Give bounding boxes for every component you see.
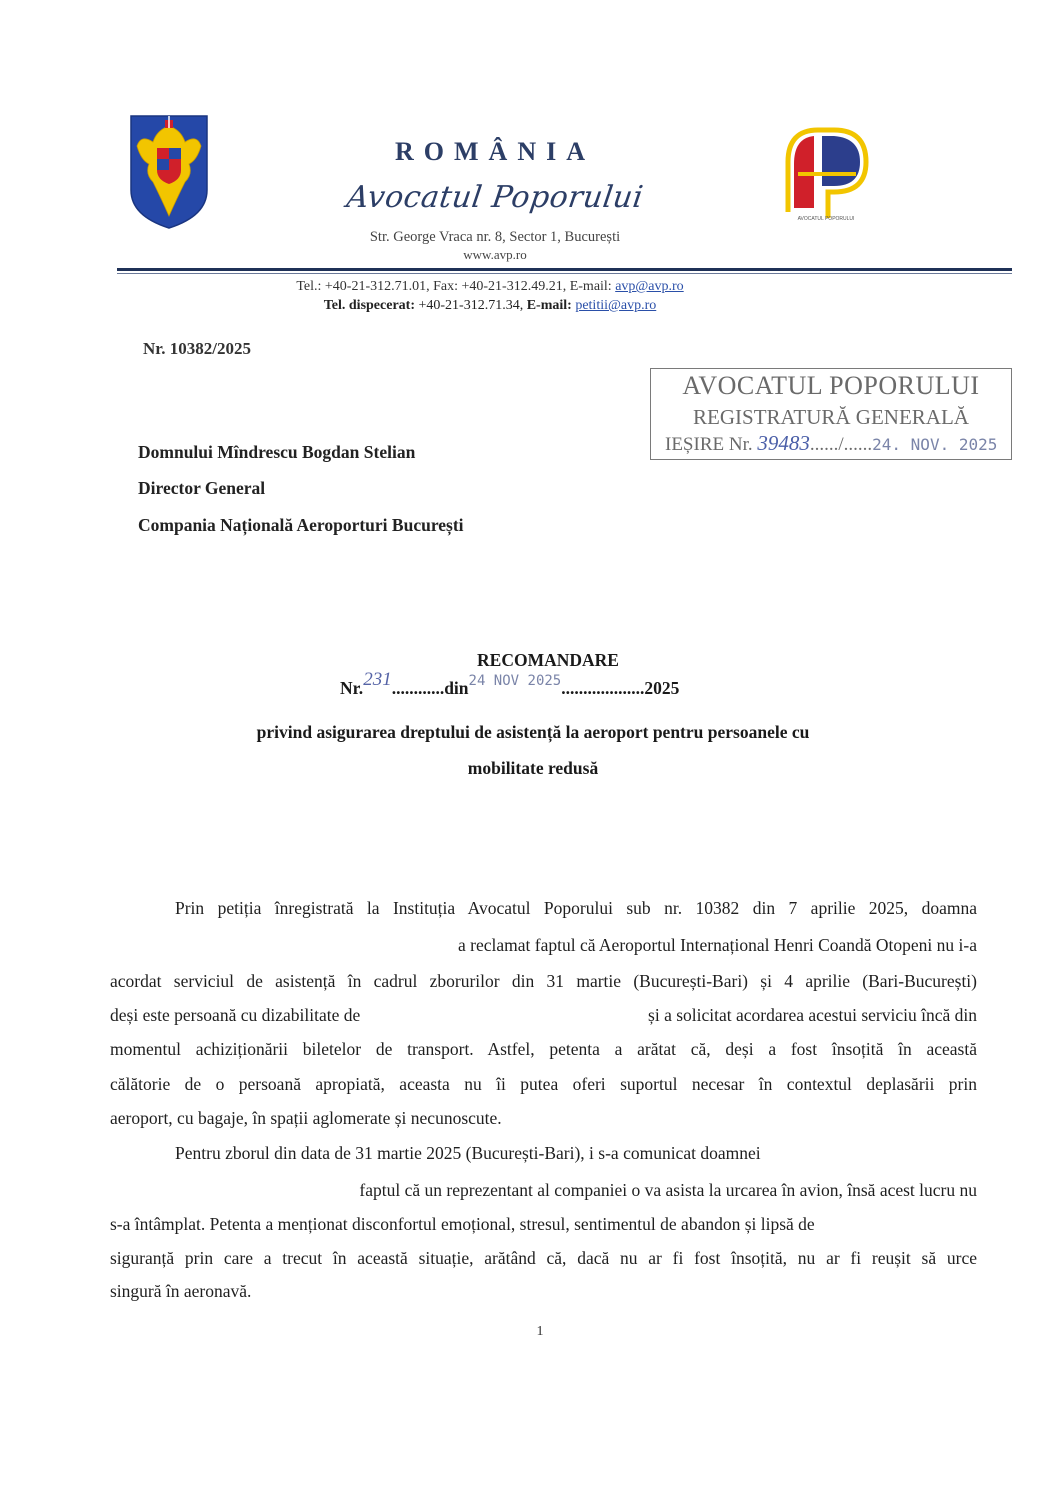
stamp-date: 24. NOV. 2025 <box>872 435 997 454</box>
dispatch-phone-label: Tel. dispecerat: <box>324 298 415 313</box>
document-title: RECOMANDARE <box>0 650 1058 671</box>
dispatch-phone: +40-21-312.71.34, <box>415 298 527 313</box>
petitions-email-label: E-mail: <box>527 298 572 313</box>
page-number: 1 <box>0 1324 1058 1340</box>
body-line: aeroport, cu bagaje, în spații aglomerat… <box>110 1108 502 1129</box>
email-link[interactable]: avp@avp.ro <box>615 279 683 294</box>
dots: ............ <box>392 678 445 698</box>
handwritten-number: 231 <box>363 669 392 690</box>
header-divider-thin <box>117 273 1012 274</box>
body-line: Prin petiția înregistrată la Instituția … <box>175 898 977 919</box>
recipient-title: Director General <box>138 478 265 499</box>
recipient-organization: Compania Națională Aeroporturi București <box>138 515 464 536</box>
petitions-email-link[interactable]: petitii@avp.ro <box>575 298 656 313</box>
stamp-registry: REGISTRATURĂ GENERALĂ <box>651 405 1011 430</box>
stamp-exit-line: IEȘIRE Nr. 39483....../......24. NOV. 20… <box>665 431 997 456</box>
body-line: a reclamat faptul că Aeroportul Internaț… <box>350 935 977 956</box>
contact-line-2: Tel. dispecerat: +40-21-312.71.34, E-mai… <box>240 298 740 314</box>
stamp-handwritten-number: 39483 <box>757 431 810 455</box>
body-line: deși este persoană cu dizabilitate de <box>110 1005 360 1026</box>
dots: ................... <box>561 678 644 698</box>
registration-number: Nr. 10382/2025 <box>143 339 251 359</box>
registry-stamp: AVOCATUL POPORULUI REGISTRATURĂ GENERALĂ… <box>650 368 1012 460</box>
institution-website[interactable]: www.avp.ro <box>300 247 690 263</box>
body-line: călătorie de o persoană apropiată, aceas… <box>110 1074 977 1095</box>
body-line: faptul că un reprezentant al companiei o… <box>255 1180 977 1201</box>
svg-text:AVOCATUL POPORULUI: AVOCATUL POPORULUI <box>798 216 855 222</box>
header-divider <box>117 268 1012 271</box>
stamp-exit-label: IEȘIRE Nr. <box>665 434 753 455</box>
date-stamp: 24 NOV 2025 <box>469 673 562 689</box>
ap-logo-icon: AVOCATUL POPORULUI <box>778 122 874 222</box>
romania-coat-of-arms-icon <box>127 112 211 230</box>
stamp-dots: ...... <box>844 434 873 455</box>
body-line: Pentru zborul din data de 31 martie 2025… <box>175 1143 761 1164</box>
din-label: din <box>444 678 468 698</box>
body-line: siguranță prin care a trecut în această … <box>110 1248 977 1269</box>
recommendation-number-line: Nr.231............din24 NOV 2025........… <box>340 678 679 700</box>
body-line: și a solicitat acordarea acestui servici… <box>580 1005 977 1026</box>
stamp-institution: AVOCATUL POPORULUI <box>651 371 1011 401</box>
stamp-dots: ...... <box>810 434 839 455</box>
country-heading: ROMÂNIA <box>300 137 690 167</box>
recipient-name: Domnului Mîndrescu Bogdan Stelian <box>138 442 415 463</box>
institution-address: Str. George Vraca nr. 8, Sector 1, Bucur… <box>300 229 690 246</box>
phone-fax-text: Tel.: +40-21-312.71.01, Fax: +40-21-312.… <box>296 279 615 294</box>
body-line: acordat serviciul de asistență în cadrul… <box>110 971 977 992</box>
subject-line-2: mobilitate redusă <box>0 758 1058 779</box>
body-line: s-a întâmplat. Petenta a menționat disco… <box>110 1214 977 1235</box>
subject-line-1: privind asigurarea dreptului de asistenț… <box>0 722 1058 743</box>
nr-label: Nr. <box>340 678 363 698</box>
year: 2025 <box>644 678 679 698</box>
body-line: singură în aeronavă. <box>110 1281 251 1302</box>
body-line: momentul achiziționării biletelor de tra… <box>110 1039 977 1060</box>
institution-name: Avocatul Poporului <box>298 180 693 215</box>
contact-line-1: Tel.: +40-21-312.71.01, Fax: +40-21-312.… <box>240 279 740 295</box>
